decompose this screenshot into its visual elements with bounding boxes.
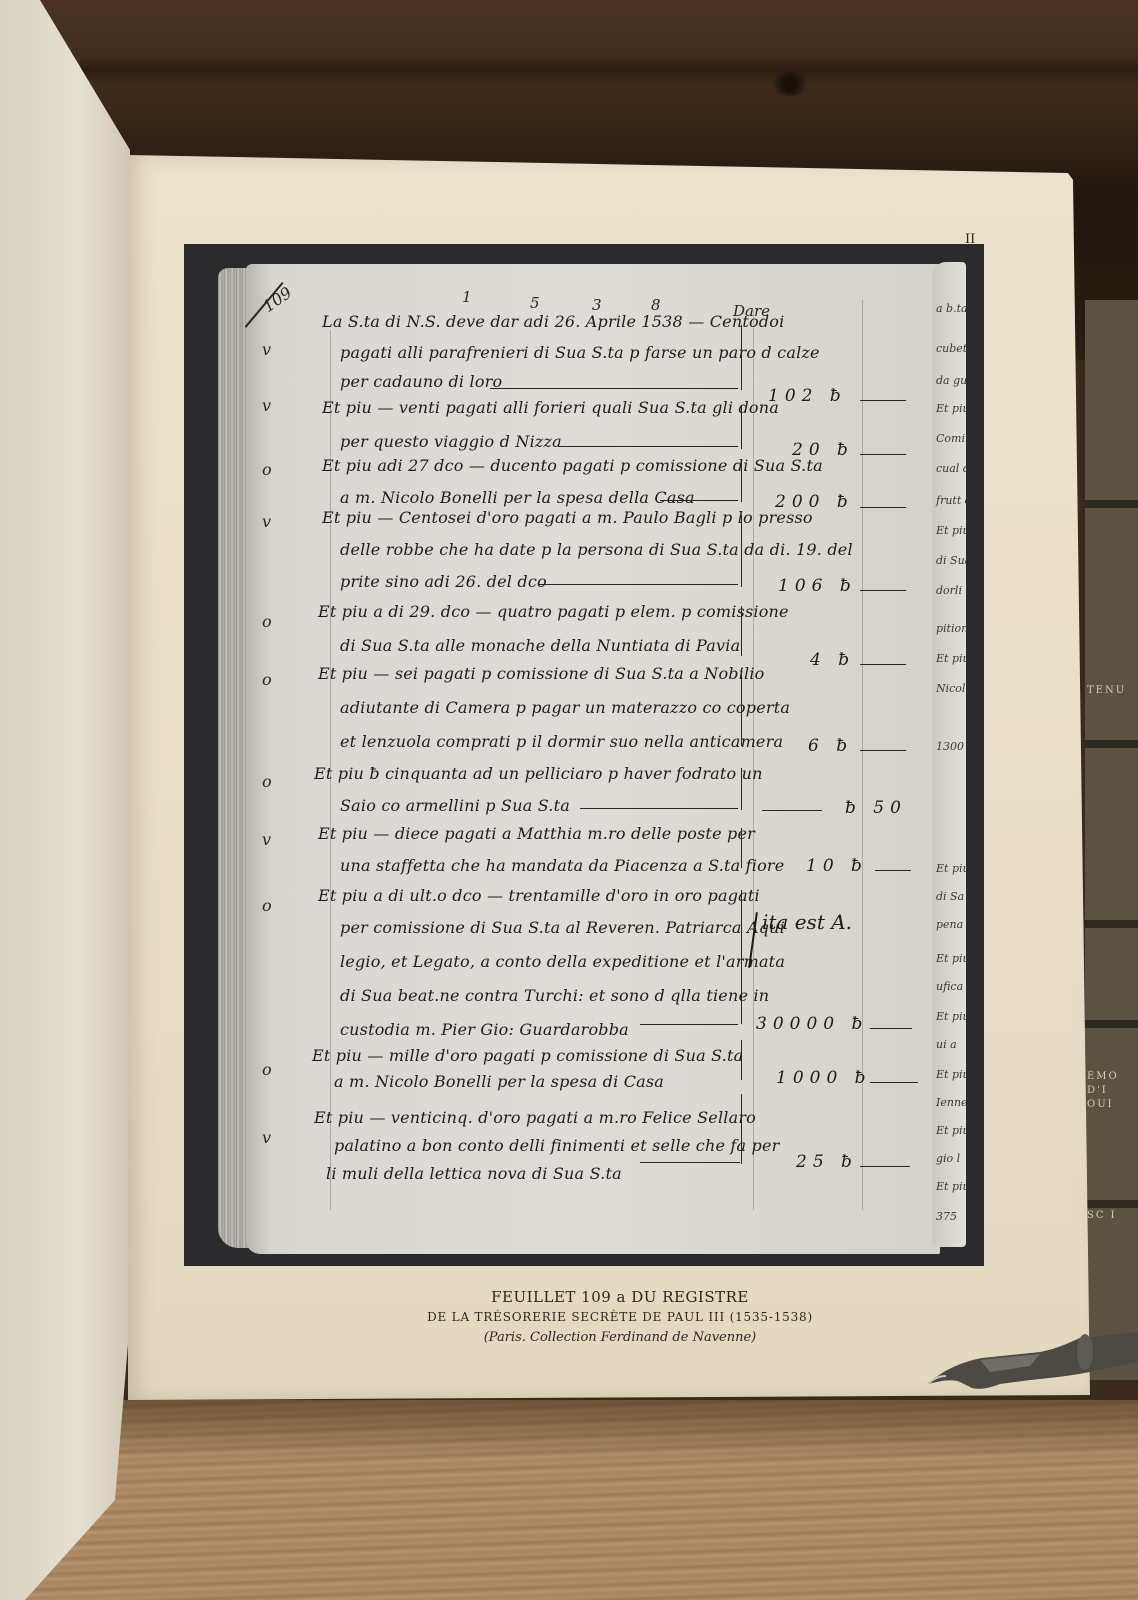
entry-line: Et piu — sei pagati p comissione di Sua … (318, 664, 765, 683)
entry-rule (560, 446, 738, 447)
amount-dash (870, 1082, 918, 1083)
entry-bracket (738, 1040, 742, 1080)
entry-bracket (738, 515, 742, 587)
leaf-fragment: Et piu v (936, 1010, 966, 1023)
entry-rule (660, 500, 738, 501)
leaf-fragment: Nicolo (936, 682, 966, 695)
leaf-fragment: 375 (936, 1210, 957, 1223)
amount-dash (860, 1166, 910, 1167)
entry-line: La S.ta di N.S. deve dar adi 26. Aprile … (322, 312, 784, 331)
entry-amount: 6 ƀ (808, 736, 853, 756)
manuscript-facing-leaf: a b.ta d cubetre da gu Et piu a Comina c… (932, 262, 966, 1247)
leaf-fragment: da gu (936, 374, 966, 387)
entry-rule (640, 1162, 740, 1163)
year-digit: 1 (462, 288, 472, 306)
amount-dash (762, 810, 822, 811)
entry-bracket (738, 405, 742, 449)
leaf-fragment: cubetre (936, 342, 966, 355)
entry-line: palatino a bon conto delli finimenti et … (334, 1136, 780, 1155)
entry-bracket (738, 768, 742, 810)
side-note: ita est A. (762, 910, 852, 934)
entry-line: prite sino adi 26. del dco (340, 572, 547, 591)
entry-line: per cadauno di loro (340, 372, 502, 391)
leaf-fragment: Et piu (936, 952, 966, 965)
leaf-fragment: gio l (936, 1152, 960, 1165)
leaf-fragment: frutt d (936, 494, 966, 507)
entry-line: Saio co armellini p Sua S.ta (340, 796, 570, 815)
margin-mark: v (262, 396, 271, 415)
leaf-fragment: Ienne (936, 1096, 966, 1109)
entry-line: Et piu ƀ cinquanta ad un pelliciaro p ha… (314, 764, 763, 783)
wood-knot (770, 72, 810, 96)
entry-line: Et piu — mille d'oro pagati p comissione… (312, 1046, 743, 1065)
margin-mark: v (262, 830, 271, 849)
entry-rule (490, 388, 738, 389)
leaf-fragment: dorli (936, 584, 962, 597)
leaf-fragment: ufica (936, 980, 963, 993)
entry-line: legio, et Legato, a conto della expediti… (340, 952, 785, 971)
leaf-fragment: 1300 (936, 740, 964, 753)
entry-amount: 1000 ƀ (776, 1068, 872, 1088)
book-spines: TENU ÉMO D'I OUI SC I (1085, 300, 1138, 1380)
margin-mark: o (262, 460, 272, 479)
leaf-fragment: Et piu a (936, 402, 966, 415)
spine-band (1085, 1200, 1138, 1208)
margin-mark: v (262, 1128, 271, 1147)
ruling-line (753, 310, 754, 1210)
entry-bracket (738, 668, 742, 746)
wooden-shelf-bottom (0, 1400, 1138, 1600)
entry-line: delle robbe che ha date p la persona di … (340, 540, 853, 559)
amount-dash (860, 400, 906, 401)
spine-title: TENU (1087, 685, 1138, 696)
entry-line: custodia m. Pier Gio: Guardarobba (340, 1020, 629, 1039)
entry-amount: 25 ƀ (796, 1152, 858, 1172)
left-page (0, 0, 135, 1600)
amount-dash (860, 454, 906, 455)
entry-bracket (738, 606, 742, 656)
leaf-fragment: pitione (936, 622, 966, 635)
spine-band (1085, 1020, 1138, 1028)
entry-amount: ƀ 50 (845, 798, 907, 818)
entry-bracket (738, 462, 742, 502)
leaf-fragment: pena (936, 918, 963, 931)
spine-title: SC I (1087, 1210, 1138, 1221)
spine-band (1085, 920, 1138, 928)
spine-band (1085, 500, 1138, 508)
wood-grain (80, 55, 1138, 85)
bronze-hand-ornament (920, 1332, 1138, 1392)
entry-rule (580, 808, 738, 809)
entry-line: pagati alli parafrenieri di Sua S.ta p f… (340, 343, 820, 362)
entry-line: Et piu adi 27 dco — ducento pagati p com… (322, 456, 823, 475)
entry-line: adiutante di Camera p pagar un materazzo… (340, 698, 790, 717)
entry-line: Et piu — diece pagati a Matthia m.ro del… (318, 824, 755, 843)
entry-amount: 106 ƀ (778, 576, 857, 596)
caption-title: FEUILLET 109 a DU REGISTRE (410, 1288, 830, 1306)
amount-dash (860, 590, 906, 591)
entry-rule (640, 1024, 738, 1025)
year-digit: 5 (530, 294, 540, 312)
entry-rule (538, 584, 738, 585)
leaf-fragment: Et piu (936, 1180, 966, 1193)
amount-dash (870, 1028, 912, 1029)
margin-mark: v (262, 512, 271, 531)
entry-amount: 102 ƀ (768, 386, 847, 406)
leaf-fragment: Et piu (936, 862, 966, 875)
leaf-fragment: cual de (936, 462, 966, 475)
entry-line: Et piu a di 29. dco — quatro pagati p el… (318, 602, 789, 621)
entry-bracket (738, 325, 742, 390)
entry-line: di Sua S.ta alle monache della Nuntiata … (340, 636, 740, 655)
entry-bracket (738, 890, 742, 1024)
leaf-fragment: ui a (936, 1038, 957, 1051)
entry-line: a m. Nicolo Bonelli per la spesa di Casa (334, 1072, 664, 1091)
leaf-fragment: a b.ta d (936, 302, 966, 315)
margin-mark: o (262, 772, 272, 791)
margin-mark: v (262, 340, 271, 359)
entry-line: a m. Nicolo Bonelli per la spesa della C… (340, 488, 695, 507)
margin-mark: o (262, 896, 272, 915)
entry-line: et lenzuola comprati p il dormir suo nel… (340, 732, 783, 751)
entry-line: Et piu a di ult.o dco — trentamille d'or… (318, 886, 760, 905)
leaf-fragment: di Sa (936, 890, 964, 903)
spine-title: ÉMO D'I OUI (1087, 1070, 1135, 1112)
margin-mark: o (262, 1060, 272, 1079)
entry-line: Et piu — venticinq. d'oro pagati a m.ro … (314, 1108, 756, 1127)
leaf-fragment: Et piu a (936, 1068, 966, 1081)
entry-line: di Sua beat.ne contra Turchi: et sono d … (340, 986, 769, 1005)
entry-amount: 10 ƀ (806, 856, 868, 876)
leaf-fragment: Et piu (936, 1124, 966, 1137)
amount-dash (875, 870, 911, 871)
entry-bracket (738, 1094, 742, 1164)
entry-line: per comissione di Sua S.ta al Reveren. P… (340, 918, 785, 937)
entry-amount: 30000 ƀ (756, 1014, 868, 1034)
entry-line: una staffetta che ha mandata da Piacenza… (340, 856, 784, 875)
caption-source: (Paris. Collection Ferdinand de Navenne) (410, 1330, 830, 1345)
spine-band (1085, 740, 1138, 748)
entry-line: per questo viaggio d Nizza (340, 432, 562, 451)
leaf-fragment: Et piu v (936, 652, 966, 665)
entry-line: Et piu — venti pagati alli forieri quali… (322, 398, 779, 417)
margin-mark: o (262, 670, 272, 689)
leaf-fragment: Et piu a (936, 524, 966, 537)
margin-mark: o (262, 612, 272, 631)
amount-dash (860, 664, 906, 665)
caption-subtitle: DE LA TRÉSORERIE SECRÈTE DE PAUL III (15… (410, 1310, 830, 1324)
amount-dash (860, 507, 906, 508)
entry-amount: 4 ƀ (810, 650, 855, 670)
leaf-fragment: di Sua (936, 554, 966, 567)
amount-dash (860, 750, 906, 751)
entry-line: li muli della lettica nova di Sua S.ta (326, 1164, 622, 1183)
entry-bracket (738, 828, 742, 868)
leaf-fragment: Comina (936, 432, 966, 445)
